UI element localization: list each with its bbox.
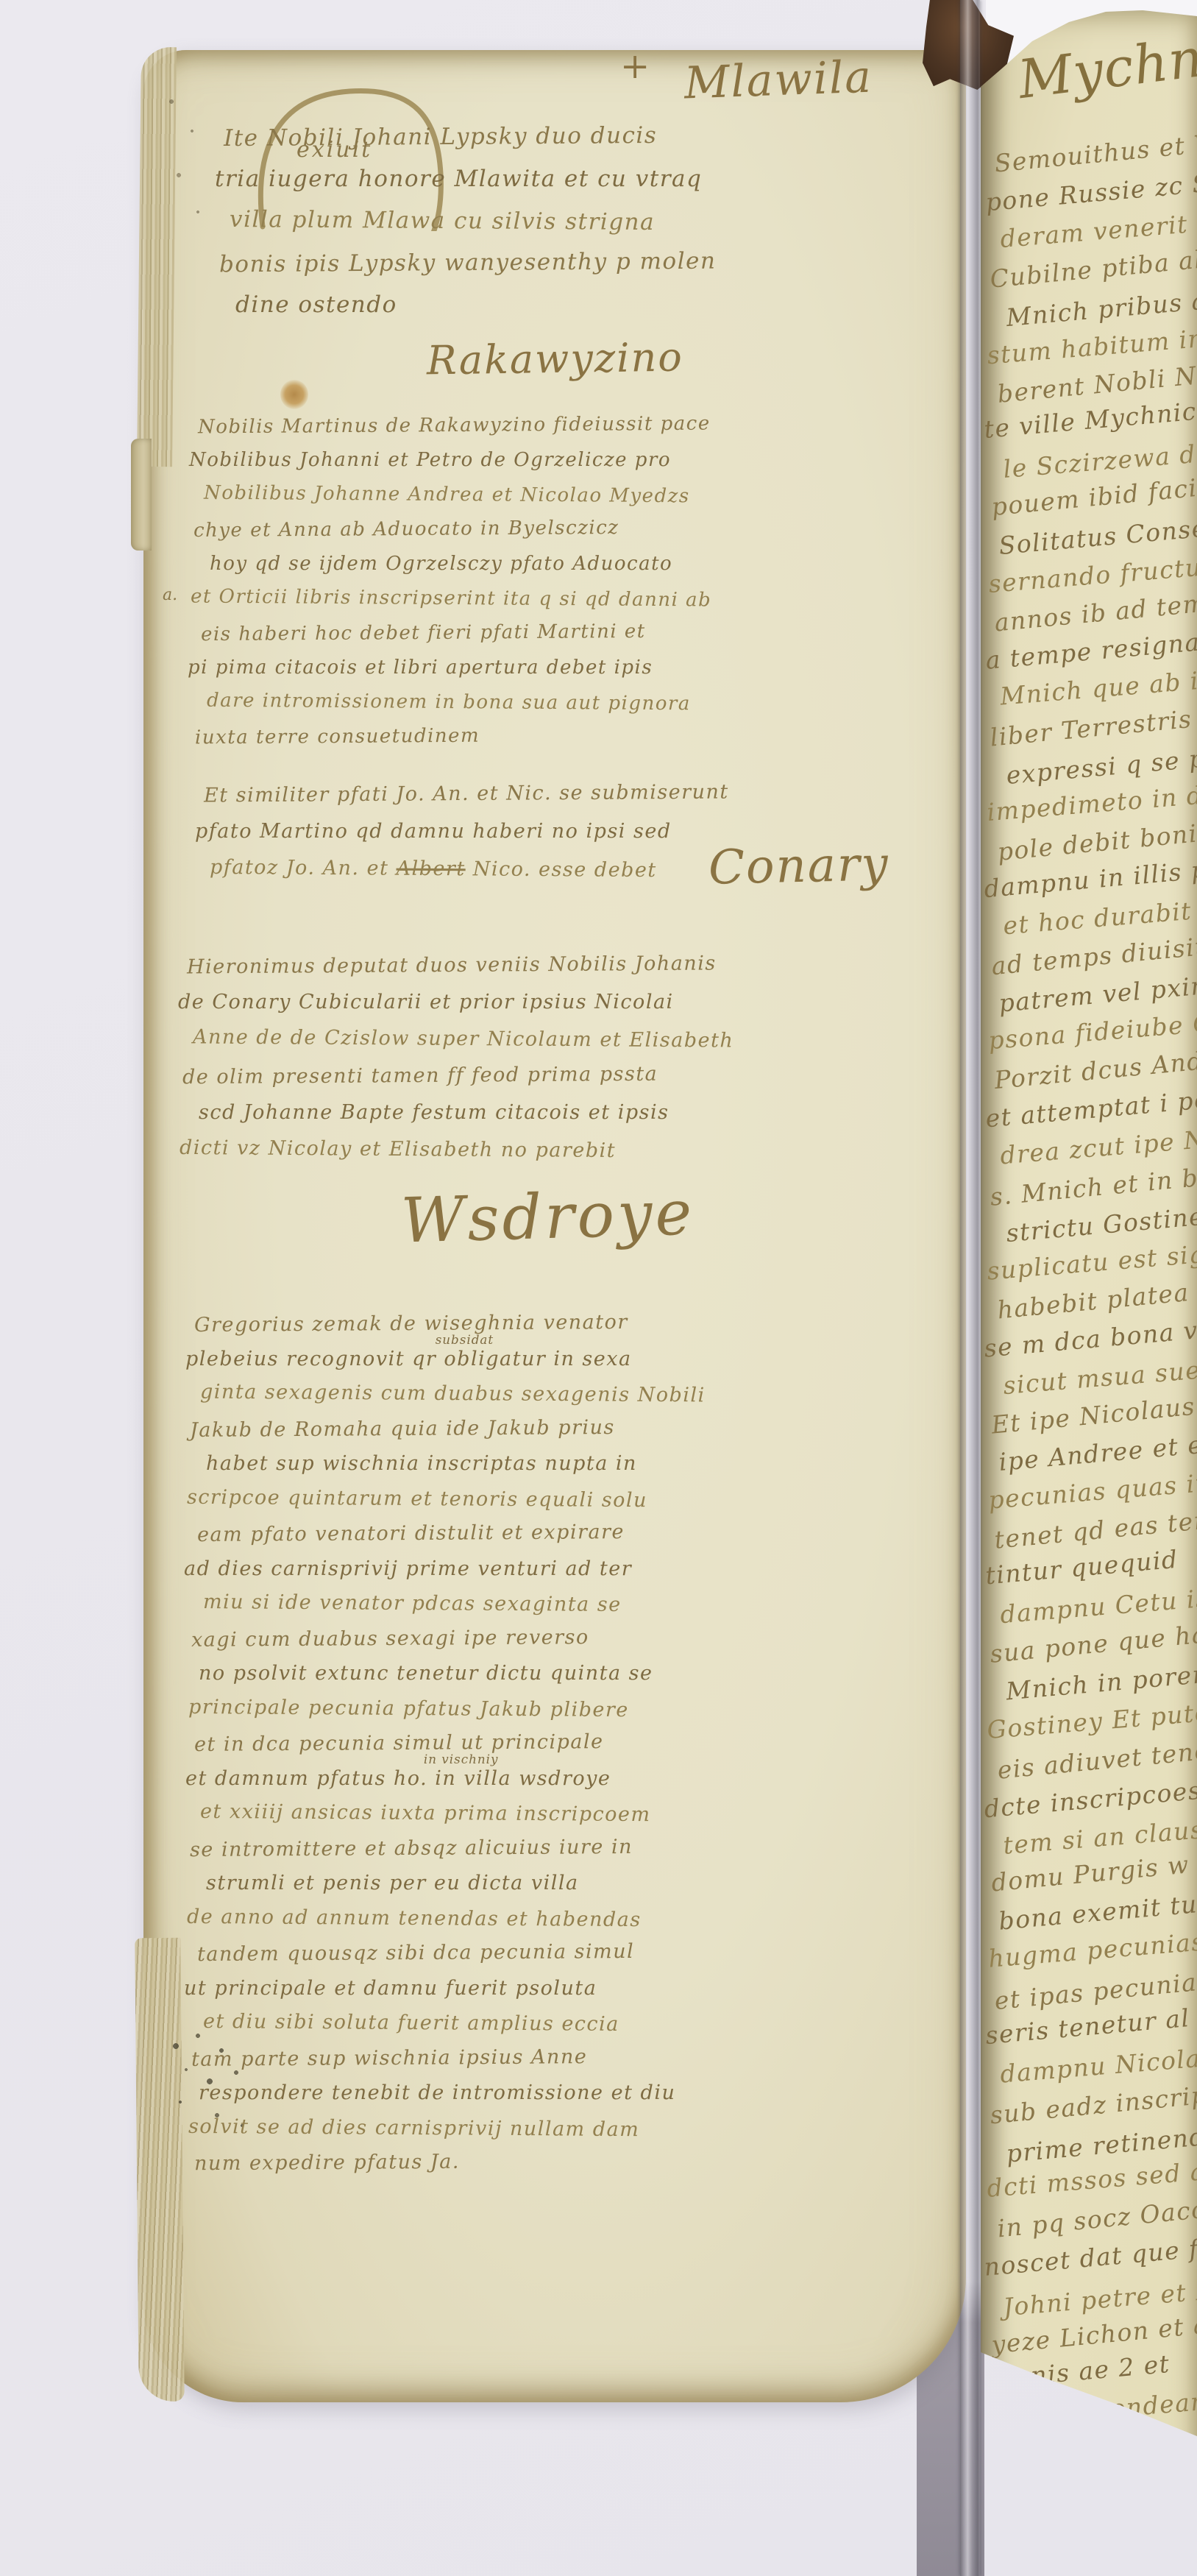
entry-heading-rakawyzino: Rakawyzino (427, 334, 684, 384)
manuscript-text-line: hugma pecunias (987, 1927, 1197, 1973)
manuscript-text-line: Porzit dcus Andr (993, 1045, 1197, 1094)
manuscript-text-line: iuxta terre consuetudinem (195, 725, 480, 749)
manuscript-text-line: dampnu Cetu ise (999, 1582, 1197, 1629)
manuscript-text-line: Mnich in porem (1005, 1659, 1197, 1706)
manuscript-text-line: ginta sexagenis cum duabus sexagenis Nob… (200, 1381, 706, 1407)
manuscript-text-line: principale pecunia pfatus Jakub plibere (188, 1695, 629, 1721)
entry-heading-wsdroye: Wsdroye (400, 1176, 696, 1256)
manuscript-text-line: dampnu Nicolaus (999, 2041, 1197, 2088)
manuscript-text-line: et in dca pecunia simul ut principale (194, 1730, 604, 1756)
entry-heading-conary: Conary (708, 837, 889, 895)
right-page-text: Semouithus et Vladpone Russie zc Signifi… (981, 0, 1197, 2576)
manuscript-text-line: no psolvit extunc tenetur dictu quinta s… (199, 1662, 653, 1685)
manuscript-text-line: ff et respondeant (987, 2386, 1197, 2433)
manuscript-text-line: pi pima citacois et libri apertura debet… (188, 657, 653, 679)
manuscript-text-line: pfato Martino qd damnu haberi no ipsi se… (195, 820, 672, 843)
manuscript-text-line: et damnum pfatus ho. in villa wsdroyein … (185, 1767, 611, 1790)
manuscript-text-line: Nobilis Martinus de Rakawyzino fideiussi… (198, 413, 711, 439)
manuscript-text-line: habet sup wischnia inscriptas nupta in (206, 1452, 637, 1475)
manuscript-text-line: Nobilibus Johanne Andrea et Nicolao Myed… (204, 482, 690, 508)
manuscript-text-line: Nobilibus Johanni et Petro de Ogrzelicze… (189, 449, 671, 471)
manuscript-text-line: et xxiiij ansicas iuxta prima inscripcoe… (200, 1800, 651, 1826)
manuscript-text-line: scripcoe quintarum et tenoris equali sol… (187, 1485, 647, 1511)
manuscript-text-line: Semouithus et Vlad (993, 124, 1197, 177)
superscript-correction: in vischniy (424, 1752, 499, 1766)
manuscript-text-line: sicut msua sue qu (1002, 1352, 1197, 1400)
manuscript-text-line: hoy qd se ijdem Ogrzelsczy pfato Aduocat… (210, 553, 672, 575)
manuscript-text-line: num expedire pfatus Ja. (194, 2151, 460, 2176)
manuscript-text-line: Anne de de Czislow super Nicolaum et Eli… (193, 1025, 734, 1052)
manuscript-text-line: de Conary Cubicularii et prior ipsius Ni… (178, 991, 674, 1013)
manuscript-text-line: bonis ipis Lypsky wanyesenthy p molen (219, 248, 717, 278)
manuscript-text-line: strumli et penis per eu dicta villa (206, 1872, 579, 1894)
page-edge-tab (131, 439, 152, 551)
manuscript-text-line: chye et Anna ab Aduocato in Byelsczicz (193, 517, 619, 542)
manuscript-text-line: eis haberi hoc debet fieri pfati Martini… (201, 620, 646, 645)
entry-paragraph: Gregorius zemak de wiseghnia venatorpleb… (184, 1312, 942, 2181)
manuscript-text-line: se intromittere et absqz alicuius iure i… (190, 1835, 633, 1861)
manuscript-text-line: plebeius recognovit qr obligatur in sexa… (185, 1348, 632, 1370)
manuscript-text-line: xagi cum duabus sexagi ipe reverso (191, 1626, 589, 1652)
manuscript-text-line: Jakub de Romaha quia ide Jakub prius (190, 1415, 615, 1441)
worn-page-edges-bottom (135, 1938, 184, 2402)
manuscript-text-line: ad dies carnisprivij prime venturi ad te… (184, 1557, 632, 1580)
manuscript-text-line: Hieronimus deputat duos veniis Nobilis J… (187, 952, 717, 978)
manuscript-text-line: ut principale et damnu fuerit psoluta (184, 1977, 597, 2000)
manuscript-text-line: Ite Nobili Johani Lypsky duo ducis (224, 122, 657, 152)
struck-word: Albert (396, 857, 465, 881)
left-page: exiuit + a. Mlawila Ite Nobili Johani Ly… (143, 50, 966, 2402)
manuscript-text-line: Gregorius zemak de wiseghnia venator (194, 1311, 628, 1337)
manuscript-photo: { "colors": { "background": "#e9e7ed", "… (0, 0, 1197, 2576)
manuscript-text-line: miu si ide venator pdcas sexaginta se (203, 1590, 622, 1616)
manuscript-text-line: dare intromissionem in bona sua aut pign… (207, 690, 691, 715)
manuscript-text-line: drea zcut ipe Nic (999, 1123, 1197, 1170)
book-retaining-strap (960, 0, 980, 2576)
entry-paragraph: Hieronimus deputat duos veniis Nobilis J… (177, 954, 934, 1182)
ink-stain (280, 380, 308, 409)
manuscript-text-line: tandem quousqz sibi dca pecunia simul (197, 1940, 634, 1966)
entry-heading-mlawila: Mlawila (683, 52, 873, 110)
manuscript-text-line: de anno ad annum tenendas et habendas (187, 1905, 642, 1931)
manuscript-text-line: et hoc durabit se (1002, 894, 1197, 941)
entry-paragraph: Ite Nobili Johani Lypsky duo ducistria i… (213, 124, 971, 344)
manuscript-text-line: pfatoz Jo. An. et Albert Nico. esse debe… (210, 856, 657, 882)
manuscript-text-line: dicti vz Nicolay et Elisabeth no parebit (180, 1136, 616, 1162)
manuscript-text-line: villa plum Mlawa cu silvis strigna (230, 206, 655, 236)
entry-paragraph: Nobilis Martinus de Rakawyzino fideiussi… (188, 414, 945, 768)
superscript-correction: subsidat (436, 1332, 494, 1347)
manuscript-text-line: tria iugera honore Mlawita et cu vtraq (215, 166, 702, 192)
manuscript-text-line: Et similiter pfati Jo. An. et Nic. se su… (204, 781, 729, 807)
manuscript-text-line: et diu sibi soluta fuerit amplius eccia (203, 2010, 619, 2036)
manuscript-text-line: scd Johanne Bapte festum citacois et ips… (199, 1101, 669, 1124)
manuscript-text-line: respondere tenebit de intromissione et d… (199, 2081, 675, 2104)
right-page: Mychnicze Semouithus et Vladpone Russie … (981, 0, 1197, 2576)
manuscript-text-line: tam parte sup wischnia ipsius Anne (191, 2045, 587, 2071)
cross-mark: + (620, 46, 650, 87)
manuscript-text-line: et Orticii libris inscripserint ita q si… (191, 586, 711, 612)
manuscript-text-line: de olim presenti tamen ff feod prima pss… (182, 1063, 658, 1089)
manuscript-text-line: solvit se ad dies carnisprivij nullam da… (188, 2115, 639, 2140)
manuscript-text-line: dine ostendo (235, 291, 397, 318)
manuscript-text-line: bona exemit tue (998, 1888, 1197, 1935)
manuscript-text-line: in pq socz Oacob (996, 2193, 1197, 2243)
manuscript-text-line: eam pfato venatori distulit et expirare (197, 1521, 625, 1546)
marginal-mark: a. (163, 586, 177, 604)
